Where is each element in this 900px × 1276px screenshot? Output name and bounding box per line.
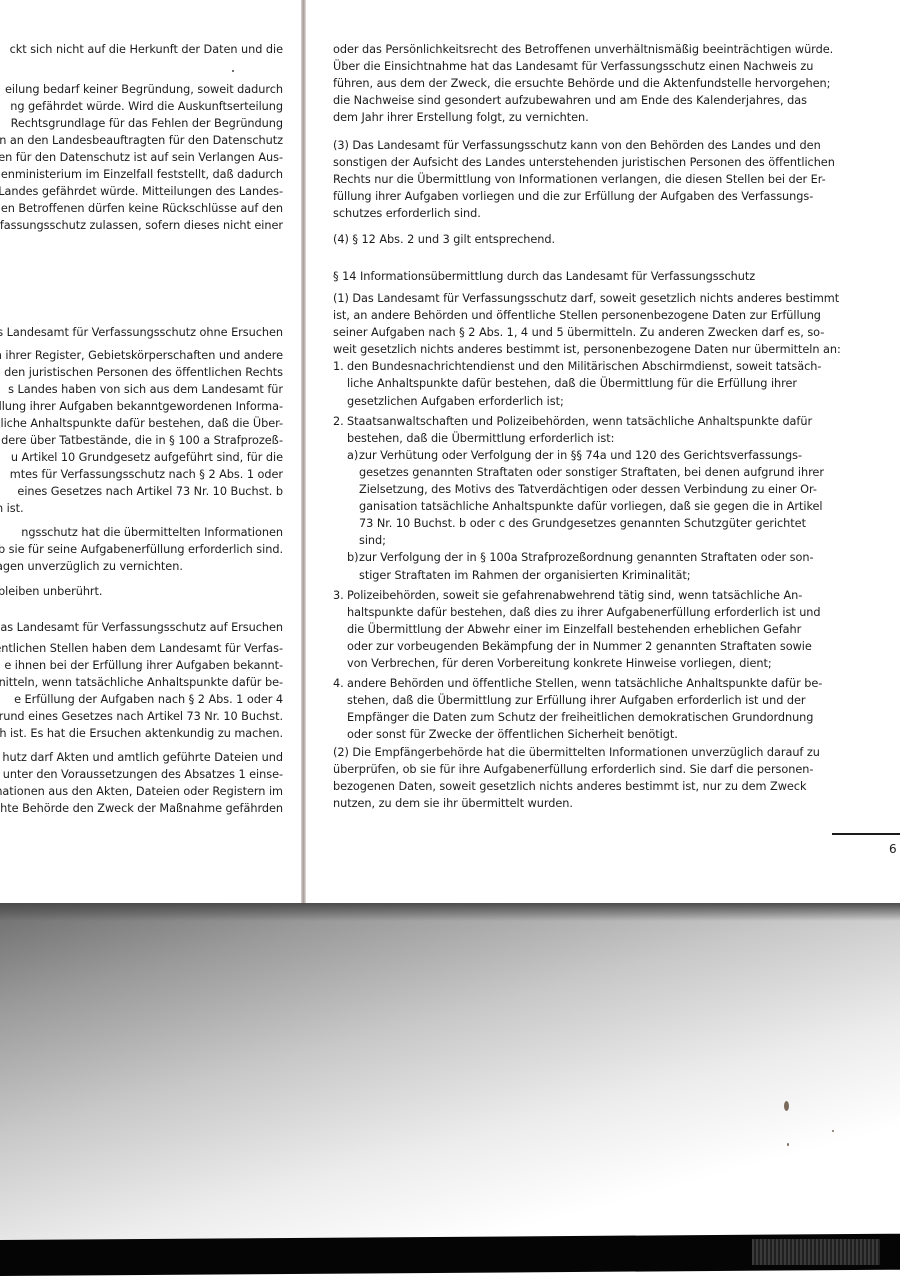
list-item-2: 2.Staatsanwaltschaften und Polizeibehörd… xyxy=(333,413,797,430)
text-line: bestehen, daß die Übermittlung erforderl… xyxy=(333,430,797,447)
left-text-line: llung ihrer Aufgaben bekanntgewordenen I… xyxy=(0,398,283,415)
left-text-line: lich ist. Es hat die Ersuchen aktenkundi… xyxy=(0,725,283,742)
text-line: (3) Das Landesamt für Verfassungsschutz … xyxy=(333,137,797,154)
left-text-line: entlichen Stellen haben dem Landesamt fü… xyxy=(0,640,283,657)
sub-letter: b) xyxy=(347,549,359,566)
left-text-line: s Landes haben von sich aus dem Landesam… xyxy=(8,381,283,398)
text-line: (1) Das Landesamt für Verfassungsschutz … xyxy=(333,290,797,307)
text-line: führen, aus dem der Zweck, die ersuchte … xyxy=(333,75,797,92)
left-text-line: mationen aus den Akten, Dateien oder Reg… xyxy=(0,783,283,800)
left-text-line: Rechtsgrundlage für das Fehlen der Begrü… xyxy=(11,115,283,132)
left-text-line: eilung bedarf keiner Begründung, soweit … xyxy=(5,81,283,98)
left-text-line: nitteln, wenn tatsächliche Anhaltspunkte… xyxy=(0,674,283,691)
text-line: sind; xyxy=(333,532,797,549)
sub-letter: a) xyxy=(347,447,359,464)
text-line: ganisation tatsächliche Anhaltspunkte da… xyxy=(333,498,797,515)
scan-speck xyxy=(832,1130,834,1132)
scan-speck xyxy=(232,70,234,72)
text-line: ist, an andere Behörden und öffentliche … xyxy=(333,307,797,324)
text-line: die Nachweise sind gesondert aufzubewahr… xyxy=(333,92,797,109)
section-14-paragraph-2: (2) Die Empfängerbehörde hat die übermit… xyxy=(333,744,797,812)
left-text-line: agen unverzüglich zu vernichten. xyxy=(0,558,303,575)
list-item-1: 1.den Bundesnachrichtendienst und den Mi… xyxy=(333,358,797,375)
text-line: stehen, daß die Übermittlung zur Erfüllu… xyxy=(333,692,797,709)
paragraph-3: (3) Das Landesamt für Verfassungsschutz … xyxy=(333,137,797,222)
list-item-3: 3.Polizeibehörden, soweit sie gefahrenab… xyxy=(333,587,797,604)
text-line: oder zur vorbeugenden Bekämpfung der in … xyxy=(333,638,797,655)
text-line: seiner Aufgaben nach § 2 Abs. 1, 4 und 5… xyxy=(333,324,797,341)
paragraph-continuation: oder das Persönlichkeitsrecht des Betrof… xyxy=(333,41,797,126)
left-text-line: rund eines Gesetzes nach Artikel 73 Nr. … xyxy=(0,708,283,725)
text-line: Zielsetzung, des Motivs des Tatverdächti… xyxy=(333,481,797,498)
text-line: gesetzlichen Aufgaben erforderlich ist; xyxy=(333,393,797,410)
text-line: 73 Nr. 10 Buchst. b oder c des Grundgese… xyxy=(333,515,797,532)
left-text-line: erfassungsschutz zulassen, sofern dieses… xyxy=(0,217,283,234)
list-number: 3. xyxy=(333,587,347,604)
left-text-line: e ihnen bei der Erfüllung ihrer Aufgaben… xyxy=(4,657,283,674)
left-text-line: mtes für Verfassungsschutz nach § 2 Abs.… xyxy=(10,466,283,483)
left-text-line: h ist. xyxy=(0,500,303,517)
left-text-line: bleiben unberührt. xyxy=(0,583,303,600)
scan-speck xyxy=(784,1101,789,1111)
text-line: überprüfen, ob sie für ihre Aufgabenerfü… xyxy=(333,761,797,778)
left-text-line: ren für den Datenschutz ist auf sein Ver… xyxy=(0,149,283,166)
text-line: dem Jahr ihrer Erstellung folgt, zu vern… xyxy=(333,109,797,126)
text-line: stiger Straftaten im Rahmen der organisi… xyxy=(333,567,797,584)
list-number: 2. xyxy=(333,413,347,430)
left-text-line: den juristischen Personen des öffentlich… xyxy=(4,364,283,381)
sub-item-a: a)zur Verhütung oder Verfolgung der in §… xyxy=(333,447,797,464)
left-subheading: as Landesamt für Verfassungsschutz auf E… xyxy=(0,619,283,636)
left-text-line: dere über Tatbestände, die in § 100 a St… xyxy=(1,432,283,449)
text-line: gesetzes genannten Straftaten oder sonst… xyxy=(333,464,797,481)
left-text-line: b sie für seine Aufgabenerfüllung erford… xyxy=(0,541,283,558)
left-text-line: nenministerium im Einzelfall feststellt,… xyxy=(0,166,283,183)
scanned-book-spread: ckt sich nicht auf die Herkunft der Date… xyxy=(0,0,900,1276)
text-line: füllung ihrer Aufgaben vorliegen und die… xyxy=(333,188,797,205)
left-text-line: hutz darf Akten und amtlich geführte Dat… xyxy=(2,749,283,766)
text-line: oder das Persönlichkeitsrecht des Betrof… xyxy=(333,41,797,58)
scan-speck xyxy=(787,1143,789,1146)
left-subheading: as Landesamt für Verfassungsschutz ohne … xyxy=(0,324,283,341)
text-line: schutzes erforderlich sind. xyxy=(333,205,797,222)
left-text-line: ckt sich nicht auf die Herkunft der Date… xyxy=(10,41,283,58)
text-line: oder sonst für Zwecke der öffentlichen S… xyxy=(333,726,797,743)
left-text-line: u Artikel 10 Grundgesetz aufgeführt sind… xyxy=(11,449,283,466)
left-text-line: eines Gesetzes nach Artikel 73 Nr. 10 Bu… xyxy=(17,483,283,500)
left-text-line: unter den Voraussetzungen des Absatzes 1… xyxy=(3,766,283,783)
left-text-line: Landes gefährdet würde. Mitteilungen des… xyxy=(0,183,283,200)
list-item-4: 4.andere Behörden und öffentliche Stelle… xyxy=(333,675,797,692)
text-line: sonstigen der Aufsicht des Landes unters… xyxy=(333,154,797,171)
scanner-shadow xyxy=(0,903,900,1243)
list-number: 1. xyxy=(333,358,347,375)
section-heading: § 14 Informationsübermittlung durch das … xyxy=(333,268,755,285)
text-line: Über die Einsichtnahme hat das Landesamt… xyxy=(333,58,797,75)
text-line: haltspunkte dafür bestehen, daß dies zu … xyxy=(333,604,797,621)
text-line: nutzen, zu dem sie ihr übermittelt wurde… xyxy=(333,795,797,812)
text-line: weit gesetzlich nichts anderes bestimmt … xyxy=(333,341,797,358)
left-text-line: n an den Landesbeauftragten für den Date… xyxy=(0,132,283,149)
left-text-line: hte Behörde den Zweck der Maßnahme gefäh… xyxy=(0,800,283,817)
left-text-line: liche Anhaltspunkte dafür bestehen, daß … xyxy=(0,415,283,432)
text-line: Rechts nur die Übermittlung von Informat… xyxy=(333,171,797,188)
page-edge-shadow xyxy=(0,903,900,921)
left-text-line: ngsschutz hat die übermittelten Informat… xyxy=(21,524,283,541)
text-line: bezogenen Daten, soweit gesetzlich nicht… xyxy=(333,778,797,795)
left-text-line: h ihrer Register, Gebietskörperschaften … xyxy=(0,347,283,364)
left-page: ckt sich nicht auf die Herkunft der Date… xyxy=(0,0,303,900)
text-line: von Verbrechen, für deren Vorbereitung k… xyxy=(333,655,797,672)
left-text-line: ng gefährdet würde. Wird die Auskunftser… xyxy=(10,98,283,115)
text-line: Empfänger die Daten zum Schutz der freih… xyxy=(333,709,797,726)
scanner-bed-texture xyxy=(752,1239,880,1265)
list-number: 4. xyxy=(333,675,347,692)
text-line: (2) Die Empfängerbehörde hat die übermit… xyxy=(333,744,797,761)
left-text-line: den Betroffenen dürfen keine Rückschlüss… xyxy=(0,200,283,217)
page-number: 6 xyxy=(889,842,897,856)
text-line: die Übermittlung der Abwehr einer im Ein… xyxy=(333,621,797,638)
footer-rule xyxy=(832,833,900,835)
sub-item-b: b)zur Verfolgung der in § 100a Strafproz… xyxy=(333,549,797,566)
text-line: liche Anhaltspunkte dafür bestehen, daß … xyxy=(333,375,797,392)
left-text-line: e Erfüllung der Aufgaben nach § 2 Abs. 1… xyxy=(14,691,283,708)
text-line: (4) § 12 Abs. 2 und 3 gilt entsprechend. xyxy=(333,231,797,248)
paragraph-4: (4) § 12 Abs. 2 und 3 gilt entsprechend. xyxy=(333,231,797,248)
section-14-paragraph-1: (1) Das Landesamt für Verfassungsschutz … xyxy=(333,290,797,743)
